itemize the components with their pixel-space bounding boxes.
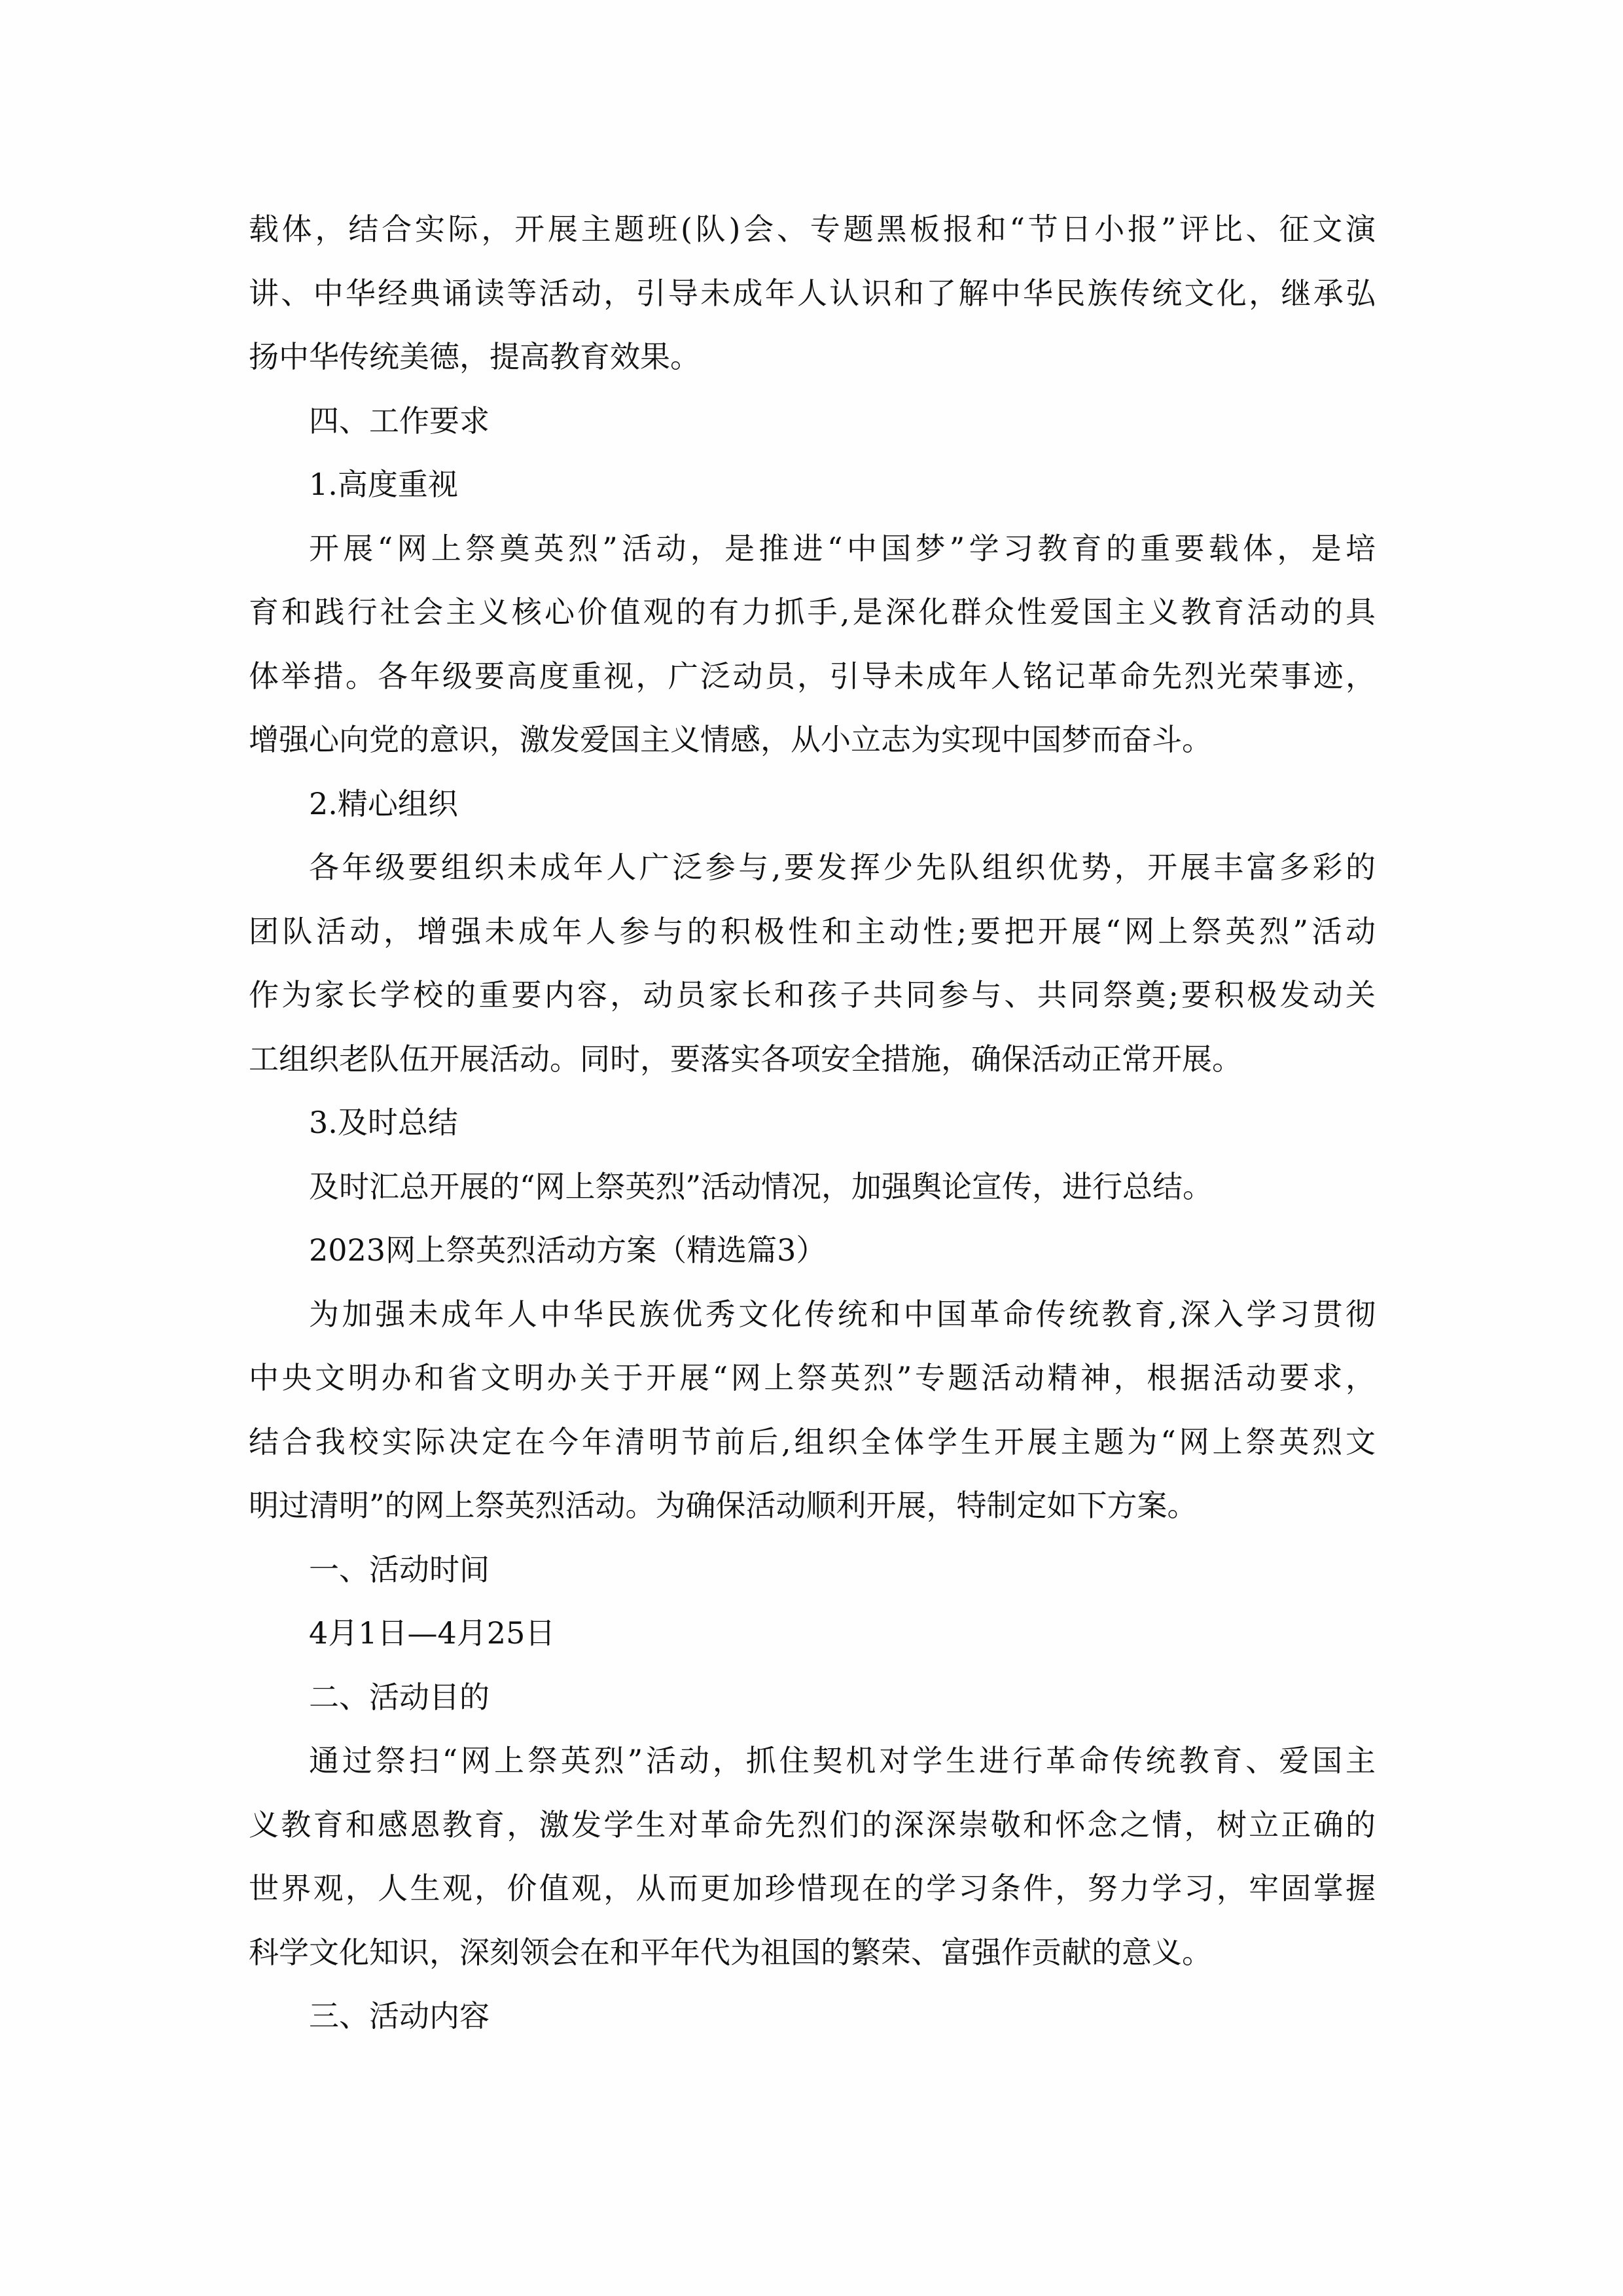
paragraph-line: 增强心向党的意识，激发爱国主义情感，从小立志为实现中国梦而奋斗。 (249, 708, 1376, 772)
paragraph-line-indented: 及时汇总开展的“网上祭英烈”活动情况，加强舆论宣传，进行总结。 (249, 1155, 1376, 1219)
paragraph-line-indented: 2023网上祭英烈活动方案（精选篇3） (249, 1219, 1376, 1283)
paragraph-line-indented: 2.精心组织 (249, 772, 1376, 836)
paragraph-line-indented: 二、活动目的 (249, 1666, 1376, 1730)
paragraph-line-indented: 各年级要组织未成年人广泛参与,要发挥少先队组织优势，开展丰富多彩的 (249, 836, 1376, 900)
paragraph-line: 中央文明办和省文明办关于开展“网上祭英烈”专题活动精神，根据活动要求， (249, 1346, 1376, 1410)
paragraph-line: 结合我校实际决定在今年清明节前后,组织全体学生开展主题为“网上祭英烈文 (249, 1410, 1376, 1475)
paragraph-line-indented: 为加强未成年人中华民族优秀文化传统和中国革命传统教育,深入学习贯彻 (249, 1283, 1376, 1347)
paragraph-line: 作为家长学校的重要内容，动员家长和孩子共同参与、共同祭奠;要积极发动关 (249, 963, 1376, 1028)
paragraph-line: 义教育和感恩教育，激发学生对革命先烈们的深深崇敬和怀念之情，树立正确的 (249, 1793, 1376, 1857)
paragraph-line: 扬中华传统美德，提高教育效果。 (249, 325, 1376, 389)
document-page: 载体，结合实际，开展主题班(队)会、专题黑板报和“节日小报”评比、征文演讲、中华… (0, 0, 1623, 2296)
paragraph-line-indented: 3.及时总结 (249, 1091, 1376, 1155)
paragraph-line-indented: 1.高度重视 (249, 453, 1376, 517)
paragraph-line-indented: 4月1日—4月25日 (249, 1602, 1376, 1666)
paragraph-line: 团队活动，增强未成年人参与的积极性和主动性;要把开展“网上祭英烈”活动 (249, 900, 1376, 964)
paragraph-line-indented: 四、工作要求 (249, 389, 1376, 454)
paragraph-line-indented: 通过祭扫“网上祭英烈”活动，抓住契机对学生进行革命传统教育、爱国主 (249, 1729, 1376, 1793)
paragraph-line: 工组织老队伍开展活动。同时，要落实各项安全措施，确保活动正常开展。 (249, 1028, 1376, 1092)
document-body: 载体，结合实际，开展主题班(队)会、专题黑板报和“节日小报”评比、征文演讲、中华… (249, 198, 1376, 2049)
paragraph-line: 科学文化知识，深刻领会在和平年代为祖国的繁荣、富强作贡献的意义。 (249, 1921, 1376, 1985)
paragraph-line: 育和践行社会主义核心价值观的有力抓手,是深化群众性爱国主义教育活动的具 (249, 581, 1376, 645)
paragraph-line-indented: 一、活动时间 (249, 1538, 1376, 1602)
paragraph-line: 体举措。各年级要高度重视，广泛动员，引导未成年人铭记革命先烈光荣事迹， (249, 645, 1376, 709)
paragraph-line: 载体，结合实际，开展主题班(队)会、专题黑板报和“节日小报”评比、征文演 (249, 198, 1376, 262)
paragraph-line-indented: 开展“网上祭奠英烈”活动，是推进“中国梦”学习教育的重要载体，是培 (249, 517, 1376, 581)
paragraph-line: 世界观，人生观，价值观，从而更加珍惜现在的学习条件，努力学习，牢固掌握 (249, 1857, 1376, 1921)
paragraph-line: 讲、中华经典诵读等活动，引导未成年人认识和了解中华民族传统文化，继承弘 (249, 262, 1376, 326)
paragraph-line-indented: 三、活动内容 (249, 1984, 1376, 2049)
paragraph-line: 明过清明”的网上祭英烈活动。为确保活动顺利开展，特制定如下方案。 (249, 1474, 1376, 1538)
